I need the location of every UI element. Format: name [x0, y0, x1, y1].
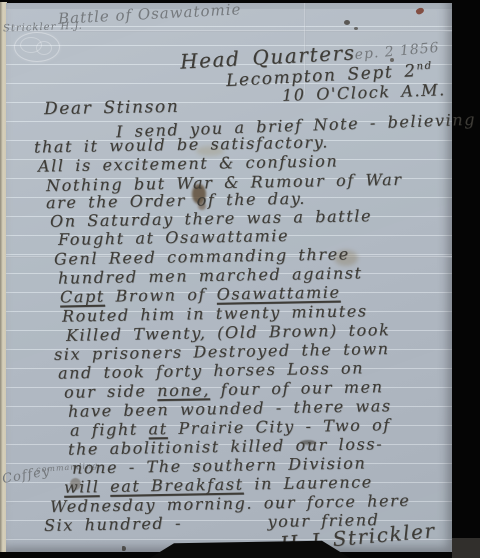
stain: [122, 546, 126, 551]
letter-line-segment: [99, 477, 110, 496]
letter-line-segment: our side: [64, 381, 158, 402]
backing-corner: [452, 538, 480, 558]
letter-line-segment: eat Breakfast: [110, 475, 244, 496]
letter-line-segment: Dear Stinson: [44, 97, 180, 119]
letter-line-segment: Brown of: [105, 285, 217, 306]
letter-line-segment: at: [148, 419, 168, 438]
letter-line-segment: will: [64, 477, 100, 497]
stain: [354, 27, 358, 30]
letter-line-segment: nd: [416, 61, 433, 73]
embossed-seal: [14, 32, 60, 62]
letter-line-segment: a fight: [70, 419, 149, 439]
letter-line-segment: none,: [157, 380, 210, 400]
letter-line: Dear Stinson: [44, 98, 180, 119]
letter-line-segment: Capt: [60, 287, 105, 307]
letter-line-segment: in Laurence: [244, 472, 373, 493]
scanned-letter-page: Battle of Osawatomie Strickler H.J. Sep.…: [0, 0, 480, 558]
stain: [344, 20, 350, 25]
letter-line-segment: Osawattamie: [217, 283, 341, 304]
